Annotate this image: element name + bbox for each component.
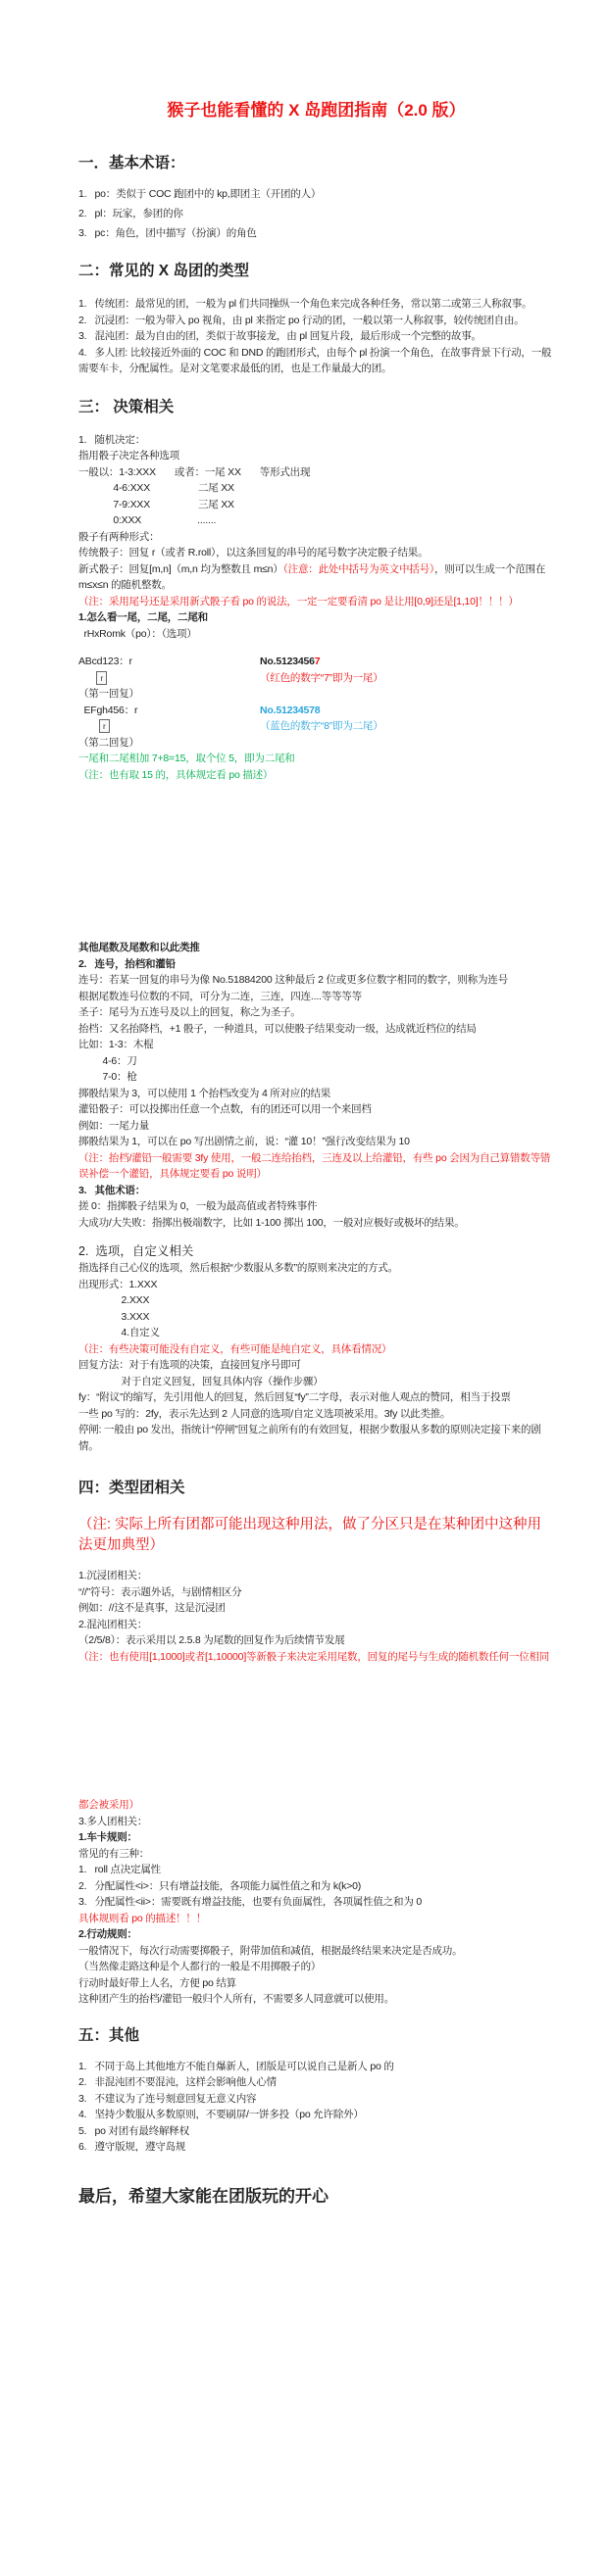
reply-box-icon: r	[99, 719, 110, 733]
doc-line: 四：类型团相关	[78, 1478, 554, 1499]
doc-line: 1.沉浸团相关：	[78, 1568, 554, 1584]
doc-line: EFgh456：rNo.51234578	[78, 703, 554, 719]
doc-line-left: r	[78, 670, 260, 687]
doc-line: 常见的有三种：	[78, 1846, 554, 1863]
text-segment: ABcd123：r	[78, 656, 132, 667]
doc-line: 2.XXX	[78, 1292, 554, 1309]
doc-line: 指用骰子决定各种选项	[78, 448, 554, 464]
doc-line: 出现形式：1.XXX	[78, 1277, 554, 1293]
doc-line: 2.行动规则：	[78, 1926, 554, 1943]
doc-line: 停闸: 一般由 po 发出，指统计“停闸”回复之前所有的有效回复，根据少数服从多…	[78, 1422, 554, 1454]
text-segment	[78, 720, 97, 732]
doc-line: 2. pl：玩家，参团的你	[78, 204, 554, 223]
doc-line: 比如：1-3：木棍	[78, 1037, 554, 1053]
doc-line: 5. po 对团有最终解释权	[78, 2123, 554, 2140]
text-segment: （注意：此处中括号为英文中括号）	[283, 563, 434, 575]
doc-line: 3.多人团相关：	[78, 1814, 554, 1830]
document-page: 猴子也能看懂的 X 岛跑团指南（2.0 版） 一．基本术语：1. po：类似于 …	[0, 0, 608, 2209]
doc-line: ABcd123：rNo.51234567	[78, 654, 554, 670]
doc-line: 4. 多人团: 比较接近外面的 COC 和 DND 的跑团形式，由每个 pl 扮…	[78, 345, 554, 377]
doc-line: 一．基本术语：	[78, 153, 554, 174]
doc-line-right: No.51234567	[260, 654, 554, 670]
text-segment	[78, 672, 94, 684]
doc-line: 一般情况下，每次行动需要掷骰子，附带加值和减值，根据最终结果来决定是否成功。	[78, 1943, 554, 1960]
doc-line: 大成功/大失败：指掷出极端数字，比如 1-100 掷出 100，一般对应极好或极…	[78, 1215, 554, 1232]
doc-line: 二：常见的 X 岛团的类型	[78, 261, 554, 282]
doc-line: 2. 非混沌团不要混沌，这样会影响他人心情	[78, 2074, 554, 2091]
doc-line: 3. 不建议为了连号刻意回复无意义内容	[78, 2091, 554, 2108]
doc-line: （注：采用尾号还是采用新式骰子看 po 的说法，一定一定要看清 po 是让用[0…	[78, 594, 554, 610]
page-title: 猴子也能看懂的 X 岛跑团指南（2.0 版）	[78, 98, 554, 123]
doc-line: 3.XXX	[78, 1309, 554, 1326]
doc-line: 4.自定义	[78, 1325, 554, 1341]
doc-line: 1. 不同于岛上其他地方不能自爆新人，团版是可以说自己是新人 po 的	[78, 2059, 554, 2075]
doc-line: 1.怎么看一尾，二尾，二尾和	[78, 609, 554, 626]
doc-line: 7-0：枪	[78, 1069, 554, 1086]
doc-line: 3. 混沌团：最为自由的团，类似于故事接龙，由 pl 回复片段，最后形成一个完整…	[78, 328, 554, 345]
doc-line: 这种团产生的抬档/灌铅一般归个人所有，不需要多人同意就可以使用。	[78, 1991, 554, 2008]
doc-line: 骰子有两种形式：	[78, 529, 554, 546]
doc-line: 传统骰子：回复 r（或者 R.roll），以这条回复的串号的尾号数字决定骰子结果…	[78, 545, 554, 561]
text-segment: No.5123456	[260, 656, 315, 667]
doc-line: （第二回复）	[78, 735, 554, 752]
doc-line: 五：其他	[78, 2025, 554, 2047]
doc-line: 1. 随机决定：	[78, 432, 554, 449]
doc-line: 3. 其他术语：	[78, 1183, 554, 1199]
doc-line: （注: 实际上所有团都可能出现这种用法，做了分区只是在某种团中这种用法更加典型）	[78, 1515, 554, 1556]
doc-line: 指选择自己心仪的选项，然后根据“少数服从多数”的原则来决定的方式。	[78, 1260, 554, 1277]
doc-line: （2/5/8）：表示采用以 2.5.8 为尾数的回复作为后续情节发展	[78, 1632, 554, 1649]
doc-line: 新式骰子：回复[m,n]（m,n 均为整数且 m≤n）（注意：此处中括号为英文中…	[78, 561, 554, 594]
doc-line: （注：也有取 15 的，具体规定看 po 描述）	[78, 767, 554, 784]
doc-line: 其他尾数及尾数和以此类推	[78, 940, 554, 956]
doc-line: 4-6:XXX 二尾 XX	[78, 480, 554, 497]
doc-line: 根据尾数连号位数的不同，可分为二连，三连，四连....等等等等	[78, 989, 554, 1005]
doc-line: 2. 分配属性<i>：只有增益技能，各项能力属性值之和为 k(k>0)	[78, 1878, 554, 1895]
doc-line: 2. 选项，自定义相关	[78, 1242, 554, 1260]
doc-line-left: EFgh456：r	[78, 703, 260, 719]
doc-line-left: ABcd123：r	[78, 654, 260, 670]
doc-line: 2.混沌团相关：	[78, 1617, 554, 1633]
text-segment: （蓝色的数字“8”即为二尾）	[260, 720, 383, 732]
doc-line: 行动时最好带上人名，方便 po 结算	[78, 1975, 554, 1992]
doc-line: 三： 决策相关	[78, 397, 554, 418]
document-body: 一．基本术语：1. po：类似于 COC 跑团中的 kp,即团主（开团的人）2.…	[78, 153, 554, 2209]
doc-line: 3. 分配属性<ii>：需要既有增益技能，也要有负面属性，各项属性值之和为 0	[78, 1894, 554, 1911]
doc-line-left: r	[78, 718, 260, 735]
doc-line: 1. po：类似于 COC 跑团中的 kp,即团主（开团的人）	[78, 184, 554, 204]
doc-line: 对于自定义回复，回复具体内容（操作步骤）	[78, 1374, 554, 1390]
doc-line: 2. 沉浸团：一般为带入 po 视角，由 pl 来指定 po 行动的团，一般以第…	[78, 313, 554, 329]
doc-line: （第一回复）	[78, 686, 554, 703]
doc-line: 灌铅骰子：可以投掷出任意一个点数，有的团还可以用一个来回档	[78, 1101, 554, 1118]
doc-line: 连号：若某一回复的串号为像 No.51884200 这种最后 2 位或更多位数字…	[78, 972, 554, 989]
doc-line: 3. pc：角色，团中描写（扮演）的角色	[78, 223, 554, 243]
text-segment: （红色的数字“7”即为一尾）	[260, 672, 383, 684]
doc-line: 抬档：又名抬降档，+1 骰子，一种道具，可以使骰子结果变动一级，达成就近档位的结…	[78, 1021, 554, 1038]
doc-line: 一般以：1-3:XXX 或者：一尾 XX 等形式出现	[78, 464, 554, 481]
doc-line: 一些 po 写的：2fy，表示先达到 2 人同意的选项/自定义选项被采用。3fy…	[78, 1406, 554, 1423]
doc-line: 圣子：尾号为五连号及以上的回复，称之为圣子。	[78, 1004, 554, 1021]
text-segment: No.51234578	[260, 705, 320, 716]
doc-line: r（红色的数字“7”即为一尾）	[78, 670, 554, 687]
doc-line: 4. 坚持少数服从多数原则，不要刷屏/一饼多投（po 允许除外）	[78, 2107, 554, 2123]
text-segment: 新式骰子：回复[m,n]（m,n 均为整数且 m≤n）	[78, 563, 283, 575]
doc-line: 例如：一尾力量	[78, 1118, 554, 1135]
doc-line: fy：“附议”的缩写，先引用他人的回复，然后回复“fy”二字母，表示对他人观点的…	[78, 1389, 554, 1406]
doc-line: 一尾和二尾相加 7+8=15，取个位 5，即为二尾和	[78, 751, 554, 767]
doc-line: 7-9:XXX 三尾 XX	[78, 497, 554, 513]
doc-line: 4-6：刀	[78, 1053, 554, 1070]
doc-line: （注：也有使用[1,1000]或者[1,10000]等新骰子来决定采用尾数，回复…	[78, 1649, 554, 1666]
doc-line: 掷骰结果为 1，可以在 po 写出剧情之前，说：“灌 10！”强行改变结果为 1…	[78, 1134, 554, 1150]
doc-line: 1. roll 点决定属性	[78, 1862, 554, 1878]
doc-line: 搓 0：指掷骰子结果为 0，一般为最高值或者特殊事件	[78, 1198, 554, 1215]
document-page-background: { "title": "猴子也能看懂的 X 岛跑团指南（2.0 版）", "co…	[0, 0, 608, 2576]
doc-line: 1.车卡规则：	[78, 1829, 554, 1846]
doc-line: 都会被采用）	[78, 1797, 554, 1814]
doc-line: r（蓝色的数字“8”即为二尾）	[78, 718, 554, 735]
doc-line: （注：抬档/灌铅一般需要 3fy 使用，一般二连给抬档，三连及以上给灌铅，有些 …	[78, 1150, 554, 1183]
doc-line: 具体规则看 po 的描述！！！	[78, 1911, 554, 1927]
doc-line: （当然像走路这种是个人都行的一般是不用掷骰子的）	[78, 1959, 554, 1975]
doc-line: 最后，希望大家能在团版玩的开心	[78, 2185, 554, 2209]
doc-line-right: （蓝色的数字“8”即为二尾）	[260, 718, 554, 735]
doc-line: （注：有些决策可能没有自定义，有些可能是纯自定义，具体看情况）	[78, 1341, 554, 1358]
doc-line: 2. 连号，抬档和灌铅	[78, 956, 554, 973]
doc-line-right: （红色的数字“7”即为一尾）	[260, 670, 554, 687]
doc-line: rHxRomk（po）：（选项）	[78, 626, 554, 643]
doc-line: 1. 传统团：最常见的团，一般为 pl 们共同操纵一个角色来完成各种任务，常以第…	[78, 296, 554, 313]
doc-line: 0:XXX .......	[78, 512, 554, 529]
doc-line: “//”符号：表示题外话，与剧情相区分	[78, 1584, 554, 1601]
text-segment: EFgh456：r	[78, 705, 137, 716]
doc-line-right: No.51234578	[260, 703, 554, 719]
doc-line: 6. 遵守版规，遵守岛规	[78, 2139, 554, 2156]
doc-line: 掷骰结果为 3，可以使用 1 个抬档改变为 4 所对应的结果	[78, 1086, 554, 1102]
doc-line: 例如：//这不是真事，这是沉浸团	[78, 1600, 554, 1617]
text-segment: 7	[315, 656, 321, 667]
doc-line: 回复方法：对于有选项的决策，直接回复序号即可	[78, 1357, 554, 1374]
reply-box-icon: r	[96, 671, 107, 685]
